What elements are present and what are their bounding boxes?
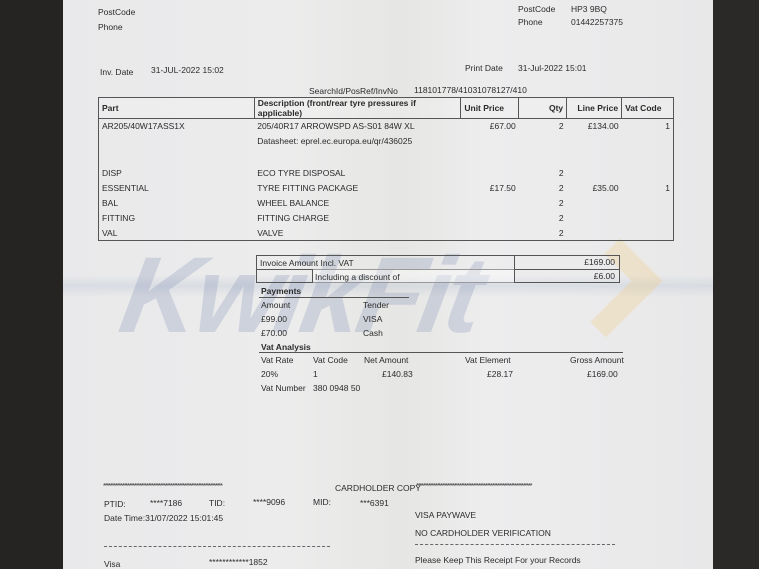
- cell-vat-code: [622, 134, 674, 149]
- cell-part: FITTING: [99, 211, 255, 226]
- cell-description: VALVE: [254, 226, 461, 241]
- payment-method: VISA PAYWAVE: [415, 510, 476, 520]
- phone-value: 01442257375: [571, 17, 623, 27]
- col-description: Description (front/rear tyre pressures i…: [254, 98, 461, 119]
- cell-part: ESSENTIAL: [99, 181, 255, 196]
- vat-rate-header: Vat Rate: [261, 355, 293, 365]
- cell-qty: [519, 134, 567, 149]
- cell-qty: 2: [519, 181, 567, 196]
- vat-element-value: £28.17: [487, 369, 513, 379]
- cell-line-price: £134.00: [567, 119, 622, 134]
- vat-code-header: Vat Code: [313, 355, 348, 365]
- background-left: [0, 0, 64, 569]
- payment-amount-2: £70.00: [261, 328, 287, 338]
- cell-unit-price: £67.00: [461, 119, 519, 134]
- inv-date-value: 31-JUL-2022 15:02: [151, 65, 224, 75]
- table-header-row: Part Description (front/rear tyre pressu…: [99, 98, 674, 119]
- print-date-label: Print Date: [465, 63, 503, 73]
- cell-unit-price: [461, 211, 519, 226]
- cell-qty: 2: [519, 226, 567, 241]
- vat-rate-value: 20%: [261, 369, 278, 379]
- postcode-label-right: PostCode: [518, 4, 555, 14]
- postcode-label-left: PostCode: [98, 7, 135, 17]
- banner-dots-left: ****************************************…: [103, 483, 335, 490]
- payments-underline: [259, 297, 409, 298]
- vat-code-value: 1: [313, 369, 318, 379]
- transaction-datetime: Date Time:31/07/2022 15:01:45: [104, 513, 223, 523]
- cell-description: ECO TYRE DISPOSAL: [254, 166, 461, 181]
- keep-receipt-note: Please Keep This Receipt For your Record…: [415, 555, 581, 565]
- vat-analysis-title: Vat Analysis: [261, 342, 311, 352]
- card-number-masked: ************1852: [209, 557, 268, 567]
- mid-label: MID:: [313, 497, 331, 507]
- invoice-amount-value: £169.00: [584, 257, 615, 267]
- cell-part: VAL: [99, 226, 255, 241]
- invoice-summary-box: Invoice Amount Incl. VAT £169.00 Includi…: [256, 255, 620, 283]
- vat-analysis-underline: [259, 352, 623, 353]
- cell-line-price: [567, 196, 622, 211]
- cell-vat-code: [622, 211, 674, 226]
- cardholder-copy-title: CARDHOLDER COPY: [335, 483, 421, 493]
- search-ref-label: SearchId/PosRef/InvNo: [309, 86, 398, 96]
- table-row: VALVALVE2: [99, 226, 674, 241]
- cell-qty: 2: [519, 211, 567, 226]
- cell-qty: 2: [519, 166, 567, 181]
- table-row: AR205/40W17ASS1X205/40R17 ARROWSPD AS-S0…: [99, 119, 674, 134]
- payment-tender-1: VISA: [363, 314, 382, 324]
- gross-amount-header: Gross Amount: [570, 355, 624, 365]
- tid-value: ****9096: [253, 497, 285, 507]
- signature-line: [104, 546, 330, 547]
- banner-dots-right: ****************************************…: [416, 483, 618, 490]
- cell-line-price: [567, 211, 622, 226]
- ptid-label: PTID:: [104, 499, 126, 509]
- payment-amount-1: £99.00: [261, 314, 287, 324]
- phone-label-right: Phone: [518, 17, 543, 27]
- cell-vat-code: [622, 196, 674, 211]
- cell-line-price: [567, 226, 622, 241]
- col-unit-price: Unit Price: [461, 98, 519, 119]
- cell-part: [99, 134, 255, 149]
- cell-description: Datasheet: eprel.ec.europa.eu/qr/436025: [254, 134, 461, 149]
- cell-vat-code: 1: [622, 181, 674, 196]
- cell-unit-price: [461, 226, 519, 241]
- table-row: Datasheet: eprel.ec.europa.eu/qr/436025: [99, 134, 674, 149]
- phone-label-left: Phone: [98, 22, 123, 32]
- col-line-price: Line Price: [567, 98, 622, 119]
- cell-unit-price: [461, 134, 519, 149]
- table-spacer-row: [99, 149, 674, 166]
- col-vat-code: Vat Code: [622, 98, 674, 119]
- cell-description: TYRE FITTING PACKAGE: [254, 181, 461, 196]
- print-date-value: 31-Jul-2022 15:01: [518, 63, 587, 73]
- cell-description: FITTING CHARGE: [254, 211, 461, 226]
- cell-description: WHEEL BALANCE: [254, 196, 461, 211]
- table-row: BALWHEEL BALANCE2: [99, 196, 674, 211]
- payments-tender-header: Tender: [363, 300, 389, 310]
- tid-label: TID:: [209, 498, 225, 508]
- ptid-value: ****7186: [150, 498, 182, 508]
- invoice-paper: KwikFit PostCode Phone PostCode HP3 9BQ …: [63, 0, 713, 569]
- cell-part: AR205/40W17ASS1X: [99, 119, 255, 134]
- postcode-value: HP3 9BQ: [571, 4, 607, 14]
- cell-part: BAL: [99, 196, 255, 211]
- summary-divider-v: [514, 256, 515, 283]
- discount-value: £6.00: [594, 271, 615, 281]
- cell-vat-code: 1: [622, 119, 674, 134]
- col-part: Part: [99, 98, 255, 119]
- cell-qty: 2: [519, 119, 567, 134]
- receipt-divider: [415, 544, 615, 545]
- vat-element-header: Vat Element: [465, 355, 511, 365]
- net-amount-value: £140.83: [382, 369, 413, 379]
- cell-qty: 2: [519, 196, 567, 211]
- cell-vat-code: [622, 166, 674, 181]
- cell-line-price: [567, 134, 622, 149]
- gross-amount-value: £169.00: [587, 369, 618, 379]
- net-amount-header: Net Amount: [364, 355, 408, 365]
- line-items-table: Part Description (front/rear tyre pressu…: [98, 97, 674, 241]
- cell-unit-price: £17.50: [461, 181, 519, 196]
- vat-number-label: Vat Number: [261, 383, 306, 393]
- payments-amount-header: Amount: [261, 300, 290, 310]
- search-ref-value: 118101778/41031078127/410: [414, 85, 527, 95]
- cell-part: DISP: [99, 166, 255, 181]
- verification-status: NO CARDHOLDER VERIFICATION: [415, 528, 551, 538]
- cell-line-price: £35.00: [567, 181, 622, 196]
- invoice-amount-label: Invoice Amount Incl. VAT: [260, 258, 354, 268]
- mid-value: ***6391: [360, 498, 389, 508]
- card-type: Visa: [104, 559, 120, 569]
- cell-line-price: [567, 166, 622, 181]
- table-row: FITTINGFITTING CHARGE2: [99, 211, 674, 226]
- cell-unit-price: [461, 166, 519, 181]
- col-qty: Qty: [519, 98, 567, 119]
- table-row: ESSENTIALTYRE FITTING PACKAGE£17.502£35.…: [99, 181, 674, 196]
- payments-title: Payments: [261, 286, 301, 296]
- cell-unit-price: [461, 196, 519, 211]
- cell-description: 205/40R17 ARROWSPD AS-S01 84W XL: [254, 119, 461, 134]
- table-row: DISPECO TYRE DISPOSAL2: [99, 166, 674, 181]
- background-right: [713, 0, 759, 569]
- payment-tender-2: Cash: [363, 328, 383, 338]
- inv-date-label: Inv. Date: [100, 67, 133, 77]
- discount-label: Including a discount of: [315, 272, 400, 282]
- vat-number-value: 380 0948 50: [313, 383, 360, 393]
- cell-vat-code: [622, 226, 674, 241]
